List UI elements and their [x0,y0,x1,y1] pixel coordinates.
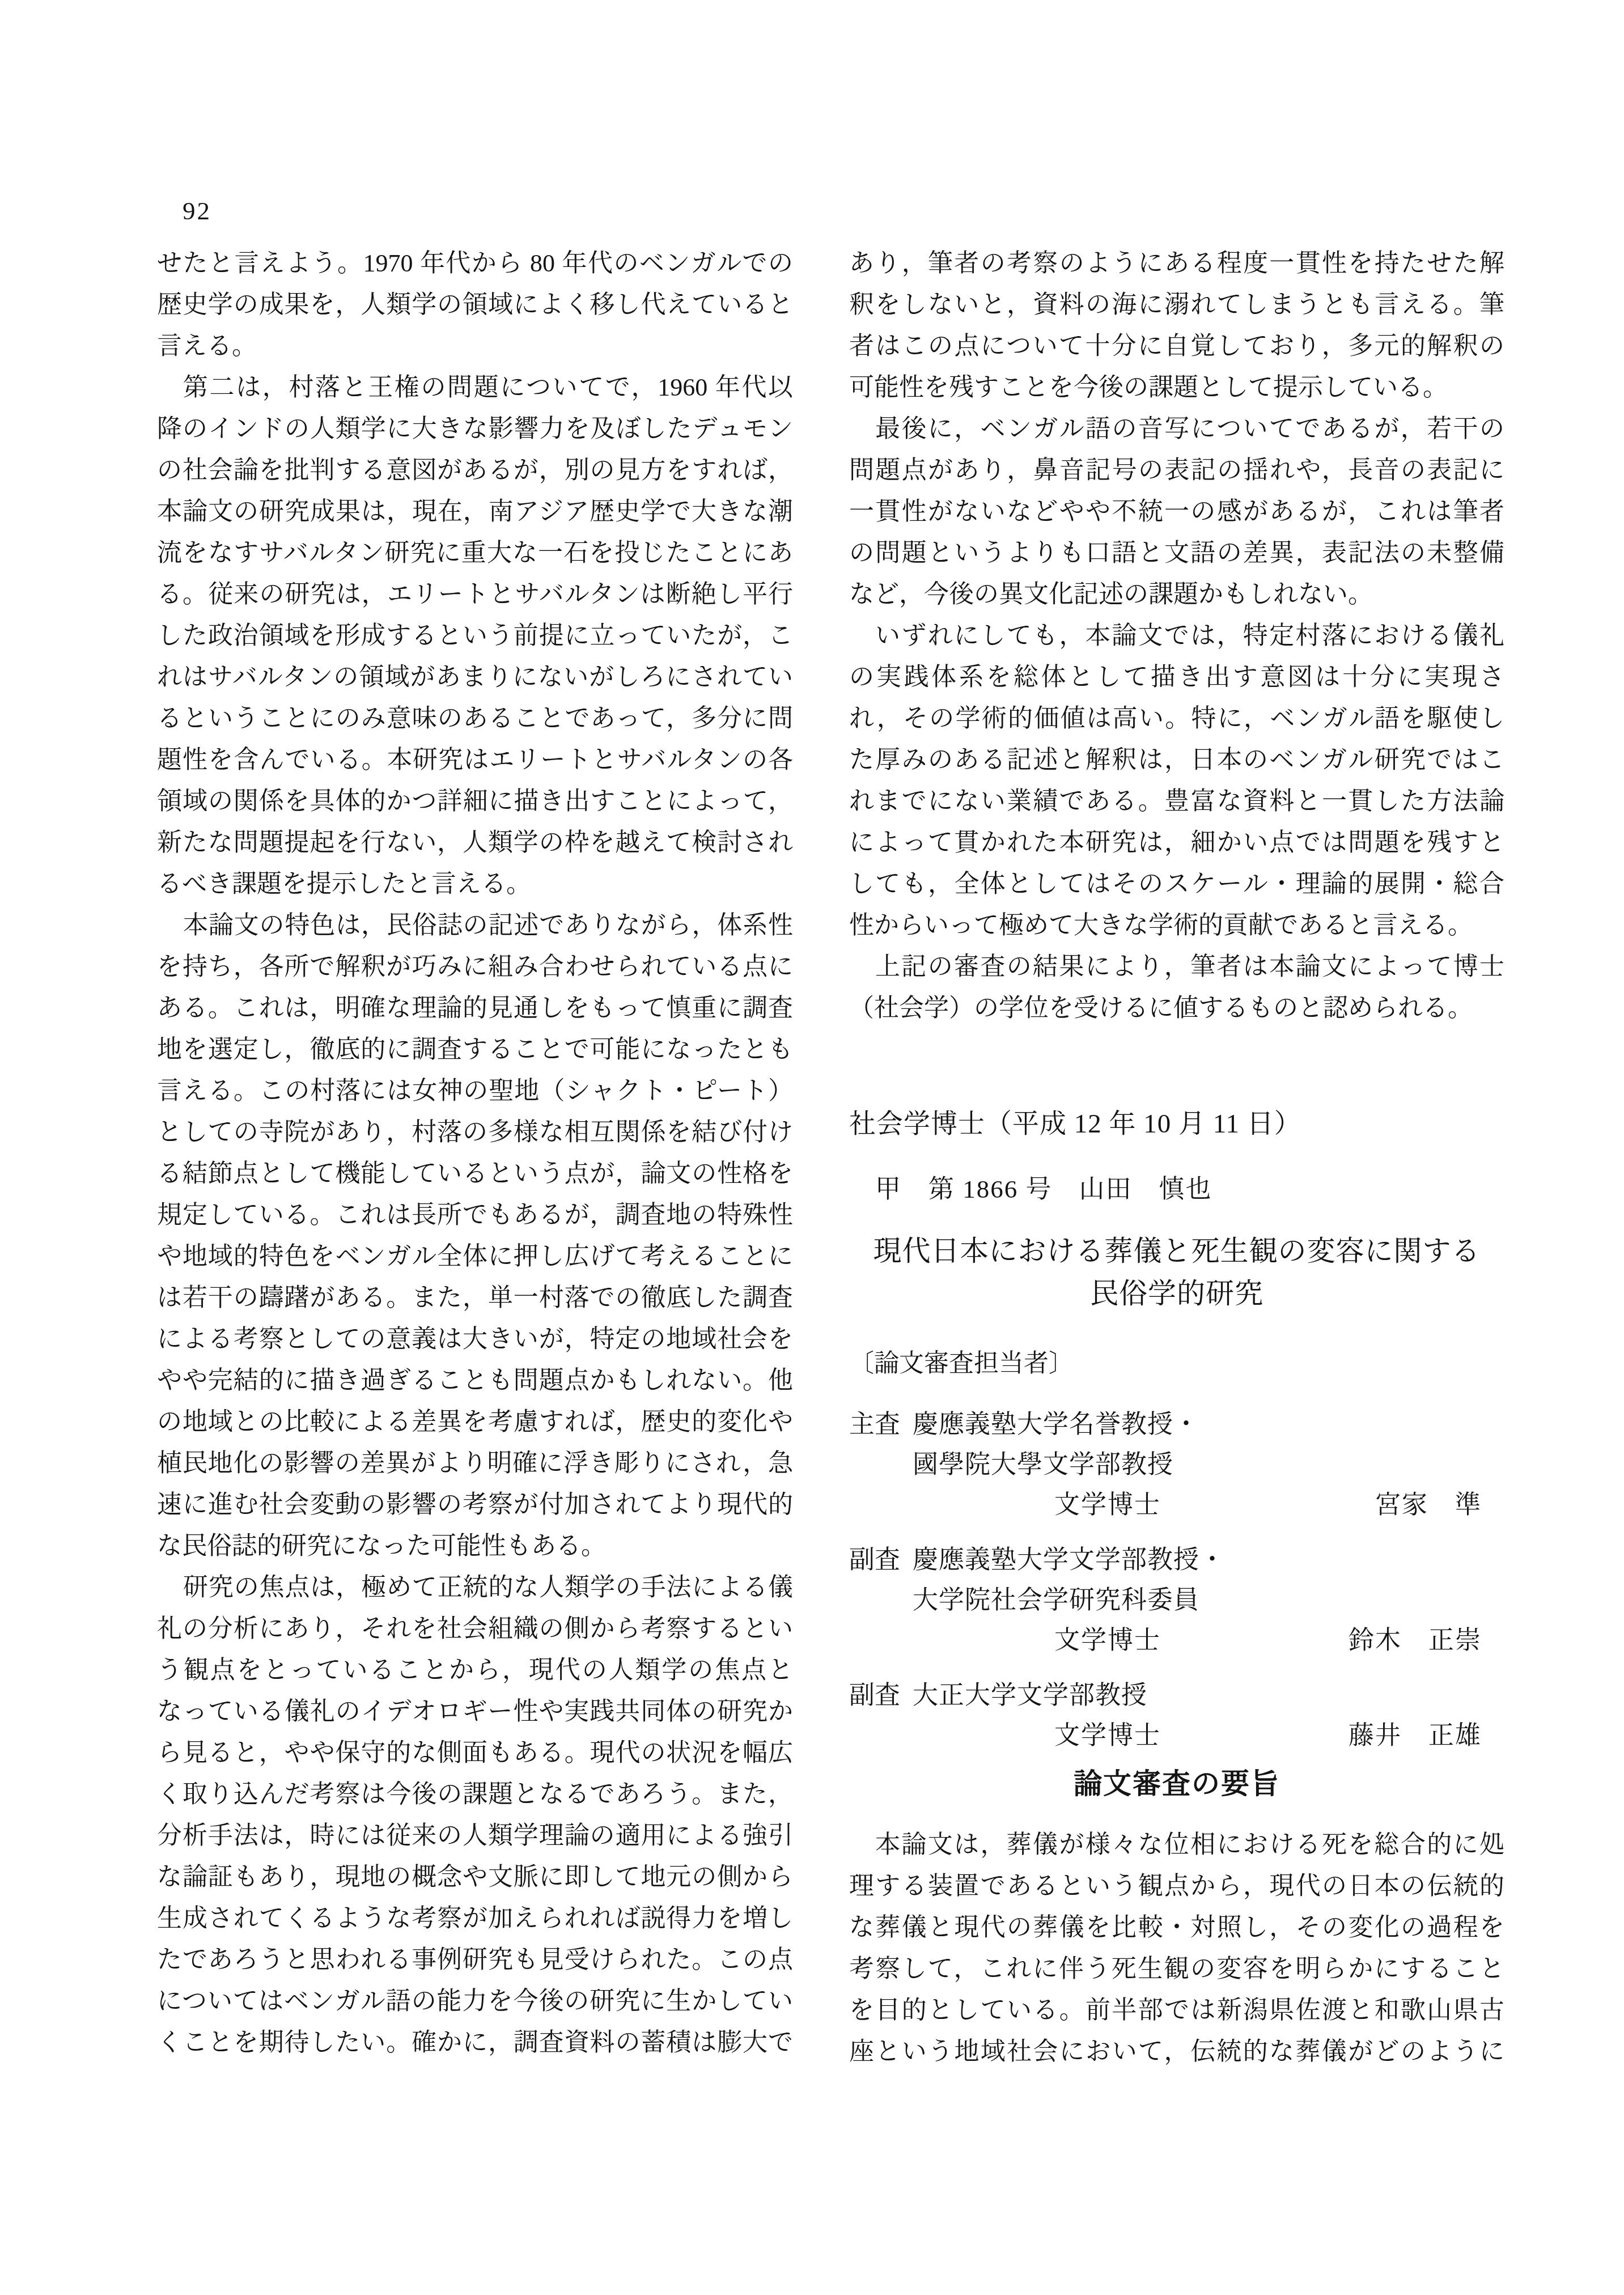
examiner-role-row: 副査大正大学文学部教授 [849,1675,1504,1716]
paragraph: せたと言えよう。1970 年代から 80 年代のベンガルでの歴史学の成果を，人類… [157,243,793,367]
text-line: 問題点があり，鼻音記号の表記の揺れや，長音の表記に [849,449,1504,491]
text-line: 題性を含んでいる。本研究はエリートとサバルタンの各 [157,739,793,780]
text-line: によって貫かれた本研究は，細かい点では問題を残すと [849,822,1504,863]
text-line: く取り込んだ考察は今後の課題となるであろう。また， [157,1774,793,1815]
text-line: 第二は，村落と王権の問題についてで，1960 年代以 [157,367,793,408]
text-line: あり，筆者の考察のようにある程度一貫性を持たせた解 [849,243,1504,284]
page-number: 92 [183,196,211,226]
paragraph: 最後に，ベンガル語の音写についてであるが，若干の問題点があり，鼻音記号の表記の揺… [849,408,1504,615]
paragraph: 本論文は，葬儀が様々な位相における死を総合的に処理する装置であるという観点から，… [849,1824,1504,2072]
right-column: あり，筆者の考察のようにある程度一貫性を持たせた解釈をしないと，資料の海に溺れて… [849,243,1504,2072]
text-line: たであろうと思われる事例研究も見受けられた。この点 [157,1939,793,1980]
text-line: せたと言えよう。1970 年代から 80 年代のベンガルでの [157,243,793,284]
text-line: 考察して，これに伴う死生観の変容を明らかにすること [849,1948,1504,1989]
text-line: 地を選定し，徹底的に調査することで可能になったとも [157,1029,793,1070]
text-line: 分析手法は，時には従来の人類学理論の適用による強引 [157,1815,793,1856]
text-line: 性からいって極めて大きな学術的貢献であると言える。 [849,905,1504,946]
paragraph: あり，筆者の考察のようにある程度一貫性を持たせた解釈をしないと，資料の海に溺れて… [849,243,1504,408]
text-line: 降のインドの人類学に大きな影響力を及ぼしたデュモン [157,408,793,449]
text-line: 歴史学の成果を，人類学の領域によく移し代えていると [157,284,793,325]
text-line: やや完結的に描き過ぎることも問題点かもしれない。他 [157,1360,793,1401]
paragraph: いずれにしても，本論文では，特定村落における儀礼の実践体系を総体として描き出す意… [849,615,1504,946]
text-line: ある。これは，明確な理論的見通しをもって慎重に調査 [157,987,793,1029]
text-line: う観点をとっていることから，現代の人類学の焦点と [157,1649,793,1691]
examiner-entry: 副査大正大学文学部教授文学博士藤井 正雄 [849,1675,1504,1756]
text-line: 流をなすサバルタン研究に重大な一石を投じたことにあ [157,532,793,574]
text-line: 一貫性がないなどやや不統一の感があるが，これは筆者 [849,491,1504,532]
text-line: 言える。 [157,325,793,367]
text-line: な葬儀と現代の葬儀を比較・対照し，その変化の過程を [849,1907,1504,1948]
examiner-role-row: 副査慶應義塾大学文学部教授・ [849,1540,1504,1580]
text-line: ら見ると，やや保守的な側面もある。現代の状況を幅広 [157,1732,793,1774]
text-line: の社会論を批判する意図があるが，別の見方をすれば， [157,449,793,491]
paragraph: 本論文の特色は，民俗誌の記述でありながら，体系性を持ち，各所で解釈が巧みに組み合… [157,905,793,1567]
text-line: 本論文は，葬儀が様々な位相における死を総合的に処 [849,1824,1504,1865]
examiners-list: 主査慶應義塾大学名誉教授・國學院大學文学部教授文学博士宮家 準副査慶應義塾大学文… [849,1405,1504,1756]
text-line: 本論文の研究成果は，現在，南アジア歴史学で大きな潮 [157,491,793,532]
examiner-degree: 文学博士 [849,1485,1161,1525]
text-line: る結節点として機能しているという点が，論文の性格を [157,1153,793,1194]
examiner-affiliation-row: 國學院大學文学部教授 [849,1445,1504,1485]
text-line: 規定している。これは長所でもあるが，調査地の特殊性 [157,1194,793,1236]
examiner-role: 主査 [849,1405,913,1445]
examiner-degree-row: 文学博士鈴木 正崇 [849,1621,1504,1661]
text-line: は若干の躊躇がある。また，単一村落での徹底した調査 [157,1277,793,1318]
text-line: を目的としている。前半部では新潟県佐渡と和歌山県古 [849,1989,1504,2031]
examiner-degree: 文学博士 [849,1621,1161,1661]
text-line: 可能性を残すことを今後の課題として提示している。 [849,367,1504,408]
text-line: の実践体系を総体として描き出す意図は十分に実現さ [849,656,1504,698]
text-line: 者はこの点について十分に自覚しており，多元的解釈の [849,325,1504,367]
text-line: （社会学）の学位を受けるに値するものと認められる。 [849,987,1504,1029]
examiner-degree-row: 文学博士宮家 準 [849,1485,1504,1525]
text-line: 上記の審査の結果により，筆者は本論文によって博士 [849,946,1504,987]
examiner-affiliation: 國學院大學文学部教授 [849,1445,1173,1485]
text-line: についてはベンガル語の能力を今後の研究に生かしてい [157,1980,793,2022]
examiner-affiliation: 慶應義塾大学名誉教授・ [913,1405,1504,1445]
examiner-entry: 副査慶應義塾大学文学部教授・大学院社会学研究科委員文学博士鈴木 正崇 [849,1540,1504,1661]
examiners-heading: 〔論文審査担当者〕 [849,1347,1504,1381]
thesis-title-line-1: 現代日本における葬儀と死生観の変容に関する [849,1230,1504,1272]
examiner-name: 藤井 正雄 [1349,1716,1504,1756]
left-column: せたと言えよう。1970 年代から 80 年代のベンガルでの歴史学の成果を，人類… [157,243,793,2063]
text-line: 領域の関係を具体的かつ詳細に描き出すことによって， [157,780,793,822]
text-line: な論証もあり，現地の概念や文脈に即して地元の側から [157,1856,793,1898]
text-line: した政治領域を形成するという前提に立っていたが，こ [157,615,793,656]
text-line: 座という地域社会において，伝統的な葬儀がどのように [849,2031,1504,2072]
examiner-degree: 文学博士 [849,1716,1161,1756]
text-line: 生成されてくるような考察が加えられれば説得力を増し [157,1898,793,1939]
examiner-affiliation-row: 大学院社会学研究科委員 [849,1580,1504,1621]
text-line: など，今後の異文化記述の課題かもしれない。 [849,574,1504,615]
examiner-affiliation: 慶應義塾大学文学部教授・ [913,1540,1504,1580]
text-line: るべき課題を提示したと言える。 [157,863,793,905]
text-line: 礼の分析にあり，それを社会組織の側から考察するとい [157,1608,793,1649]
thesis-title-line-2: 民俗学的研究 [849,1272,1504,1315]
text-line: れはサバルタンの領域があまりにないがしろにされてい [157,656,793,698]
examiner-entry: 主査慶應義塾大学名誉教授・國學院大學文学部教授文学博士宮家 準 [849,1405,1504,1525]
text-line: くことを期待したい。確かに，調査資料の蓄積は膨大で [157,2022,793,2063]
examiner-role-row: 主査慶應義塾大学名誉教授・ [849,1405,1504,1445]
text-line: 速に進む社会変動の影響の考察が付加されてより現代的 [157,1484,793,1525]
text-line: や地域的特色をベンガル全体に押し広げて考えることに [157,1236,793,1277]
text-line: いずれにしても，本論文では，特定村落における儀礼 [849,615,1504,656]
text-line: 最後に，ベンガル語の音写についてであるが，若干の [849,408,1504,449]
text-line: るということにのみ意味のあることであって，多分に問 [157,698,793,739]
text-line: 研究の焦点は，極めて正統的な人類学の手法による儀 [157,1567,793,1608]
text-line: 理する装置であるという観点から，現代の日本の伝統的 [849,1865,1504,1907]
examiner-role: 副査 [849,1675,913,1716]
examiner-degree-row: 文学博士藤井 正雄 [849,1716,1504,1756]
text-line: を持ち，各所で解釈が巧みに組み合わせられている点に [157,946,793,987]
paragraph: 上記の審査の結果により，筆者は本論文によって博士（社会学）の学位を受けるに値する… [849,946,1504,1029]
registration-number-and-name: 甲 第 1866 号 山田 慎也 [849,1172,1504,1206]
examiner-affiliation: 大学院社会学研究科委員 [849,1580,1199,1621]
paragraph: 第二は，村落と王権の問題についてで，1960 年代以降のインドの人類学に大きな影… [157,367,793,905]
examiner-affiliation: 大正大学文学部教授 [913,1675,1504,1716]
examiner-name: 鈴木 正崇 [1349,1621,1504,1661]
text-line: れ，その学術的価値は高い。特に，ベンガル語を駆使し [849,698,1504,739]
examiner-name: 宮家 準 [1375,1485,1504,1525]
text-line: 釈をしないと，資料の海に溺れてしまうとも言える。筆 [849,284,1504,325]
text-line: なっている儀礼のイデオロギー性や実践共同体の研究か [157,1691,793,1732]
text-line: な民俗誌的研究になった可能性もある。 [157,1525,793,1567]
scanned-document-page: { "page": { "number": "92" }, "left_colu… [0,0,1624,2295]
right-column-body: あり，筆者の考察のようにある程度一貫性を持たせた解釈をしないと，資料の海に溺れて… [849,243,1504,1029]
text-line: としての寺院があり，村落の多様な相互関係を結び付け [157,1112,793,1153]
text-line: 植民地化の影響の差異がより明確に浮き彫りにされ，急 [157,1443,793,1484]
text-line: る。従来の研究は，エリートとサバルタンは断絶し平行 [157,574,793,615]
summary-body: 本論文は，葬儀が様々な位相における死を総合的に処理する装置であるという観点から，… [849,1824,1504,2072]
thesis-title: 現代日本における葬儀と死生観の変容に関する 民俗学的研究 [849,1230,1504,1315]
text-line: の地域との比較による差異を考慮すれば，歴史的変化や [157,1401,793,1443]
text-line: 新たな問題提起を行ない，人類学の枠を越えて検討され [157,822,793,863]
degree-conferral-line: 社会学博士（平成 12 年 10 月 11 日） [849,1107,1504,1141]
text-line: た厚みのある記述と解釈は，日本のベンガル研究ではこ [849,739,1504,780]
text-line: れまでにない業績である。豊富な資料と一貫した方法論 [849,780,1504,822]
text-line: しても，全体としてはそのスケール・理論的展開・総合 [849,863,1504,905]
summary-heading: 論文審査の要旨 [849,1766,1504,1801]
text-line: の問題というよりも口語と文語の差異，表記法の未整備 [849,532,1504,574]
text-line: による考察としての意義は大きいが，特定の地域社会を [157,1318,793,1360]
examiner-role: 副査 [849,1540,913,1580]
paragraph: 研究の焦点は，極めて正統的な人類学の手法による儀礼の分析にあり，それを社会組織の… [157,1567,793,2063]
text-line: 言える。この村落には女神の聖地（シャクト・ピート） [157,1070,793,1112]
text-line: 本論文の特色は，民俗誌の記述でありながら，体系性 [157,905,793,946]
